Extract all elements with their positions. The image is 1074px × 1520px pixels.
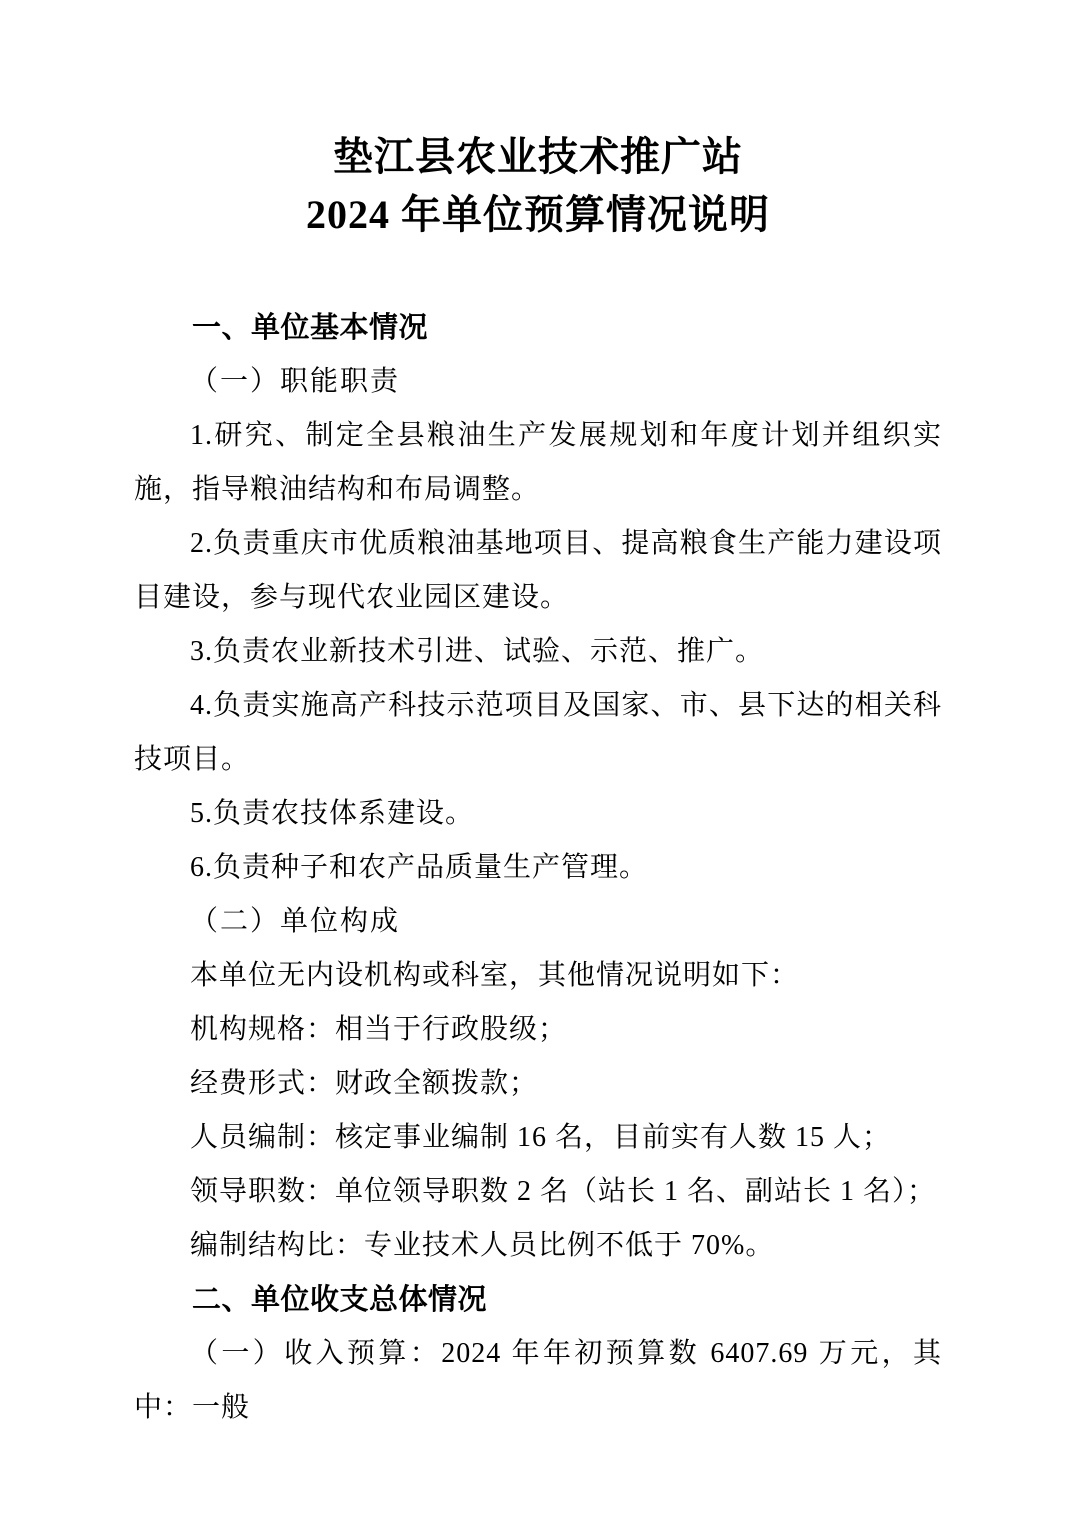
paragraph-duty-4: 4.负责实施高产科技示范项目及国家、市、县下达的相关科技项目。 [134, 679, 942, 787]
paragraph-duty-2: 2.负责重庆市优质粮油基地项目、提高粮食生产能力建设项目建设，参与现代农业园区建… [134, 517, 942, 625]
paragraph-staffing: 人员编制：核定事业编制 16 名，目前实有人数 15 人； [134, 1111, 942, 1165]
paragraph-duty-6: 6.负责种子和农产品质量生产管理。 [134, 841, 942, 895]
section-heading-basic-info: 一、单位基本情况 [134, 301, 942, 355]
paragraph-funding-type: 经费形式：财政全额拨款； [134, 1057, 942, 1111]
paragraph-staff-ratio: 编制结构比：专业技术人员比例不低于 70%。 [134, 1219, 942, 1273]
paragraph-org-grade: 机构规格：相当于行政股级； [134, 1003, 942, 1057]
document-title: 垫江县农业技术推广站 2024 年单位预算情况说明 [134, 128, 942, 244]
subsection-label-duties: （一）职能职责 [134, 355, 942, 409]
section-heading-budget: 二、单位收支总体情况 [134, 1273, 942, 1327]
paragraph-leadership: 领导职数：单位领导职数 2 名（站长 1 名、副站长 1 名）； [134, 1165, 942, 1219]
document-page: 垫江县农业技术推广站 2024 年单位预算情况说明 一、单位基本情况 （一）职能… [0, 0, 1074, 1520]
document-title-line1: 垫江县农业技术推广站 [134, 128, 942, 186]
paragraph-duty-3: 3.负责农业新技术引进、试验、示范、推广。 [134, 625, 942, 679]
document-title-line2: 2024 年单位预算情况说明 [134, 186, 942, 244]
document-body: 一、单位基本情况 （一）职能职责 1.研究、制定全县粮油生产发展规划和年度计划并… [134, 301, 942, 1435]
subsection-label-composition: （二）单位构成 [134, 895, 942, 949]
paragraph-income-budget: （一）收入预算：2024 年年初预算数 6407.69 万元，其中：一般 [134, 1327, 942, 1435]
paragraph-composition-intro: 本单位无内设机构或科室，其他情况说明如下： [134, 949, 942, 1003]
paragraph-duty-1: 1.研究、制定全县粮油生产发展规划和年度计划并组织实施，指导粮油结构和布局调整。 [134, 409, 942, 517]
paragraph-duty-5: 5.负责农技体系建设。 [134, 787, 942, 841]
